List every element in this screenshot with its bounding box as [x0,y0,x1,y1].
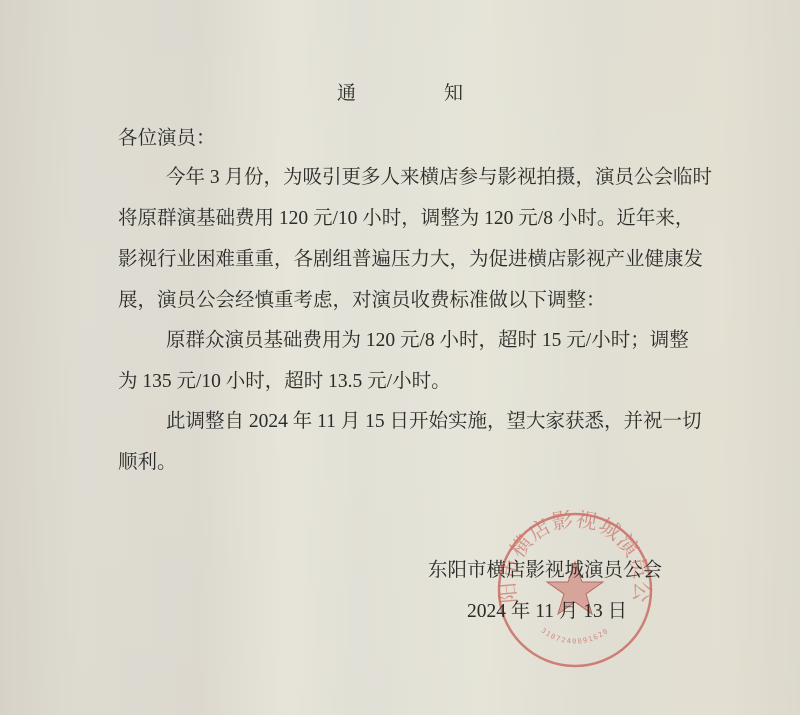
paragraph-line: 影视行业困难重重，各剧组普遍压力大，为促进横店影视产业健康发 [118,248,703,272]
paragraph-line: 顺利。 [118,451,177,475]
paper-background [0,0,800,715]
paragraph-line: 展，演员公会经慎重考虑，对演员收费标准做以下调整： [118,289,606,313]
document-title: 通知 [0,78,800,105]
paragraph-line: 将原群演基础费用 120 元/10 小时，调整为 120 元/8 小时。近年来， [118,207,694,231]
stamp-serial-number: 3107240091620 [539,627,610,646]
official-seal-stamp: 东阳市横店影视城演员公会 3107240091620 [495,510,655,670]
paragraph-line: 今年 3 月份，为吸引更多人来横店参与影视拍摄，演员公会临时 [166,166,712,190]
signature-date: 2024 年 11 月 13 日 [467,595,627,623]
paragraph-line: 为 135 元/10 小时，超时 13.5 元/小时。 [118,370,451,394]
signature-organization: 东阳市横店影视城演员公会 [428,554,662,582]
greeting: 各位演员： [118,127,216,151]
svg-text:3107240091620: 3107240091620 [539,627,610,646]
title-char-1: 通 [337,78,356,105]
paragraph-line: 原群众演员基础费用为 120 元/8 小时，超时 15 元/小时；调整 [166,329,689,353]
paragraph-line: 此调整自 2024 年 11 月 15 日开始实施，望大家获悉，并祝一切 [166,410,702,434]
title-char-2: 知 [444,78,463,105]
